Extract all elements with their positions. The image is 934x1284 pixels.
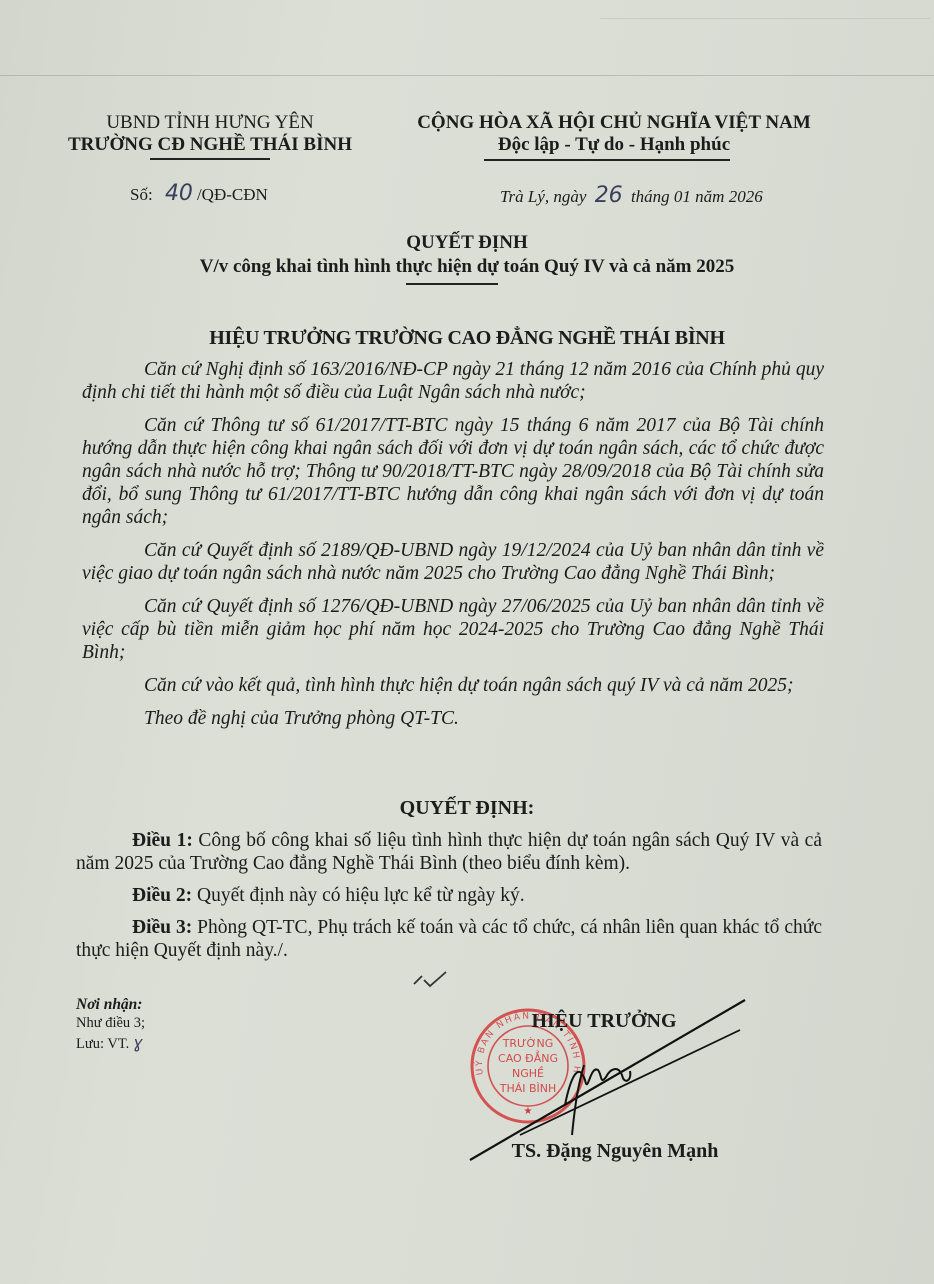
document-number: Số: 40/QĐ-CĐN bbox=[130, 181, 268, 206]
preamble-clause: Căn cứ Quyết định số 1276/QĐ-UBND ngày 2… bbox=[82, 595, 824, 664]
decision-heading: QUYẾT ĐỊNH: bbox=[0, 797, 934, 820]
signer-name: TS. Đặng Nguyên Mạnh bbox=[480, 1140, 750, 1163]
article-label: Điều 3: bbox=[132, 917, 192, 938]
document-title: QUYẾT ĐỊNH bbox=[0, 232, 934, 254]
paper-crease bbox=[600, 18, 930, 19]
preamble-clause: Theo đề nghị của Trưởng phòng QT-TC. bbox=[82, 707, 824, 730]
svg-text:CAO ĐẲNG: CAO ĐẲNG bbox=[498, 1050, 558, 1065]
svg-text:THÁI BÌNH: THÁI BÌNH bbox=[499, 1082, 557, 1095]
article-label: Điều 2: bbox=[132, 885, 192, 906]
document-subtitle: V/v công khai tình hình thực hiện dự toá… bbox=[0, 256, 934, 278]
preamble-clause: Căn cứ Quyết định số 2189/QĐ-UBND ngày 1… bbox=[82, 539, 824, 585]
issuing-organization: TRƯỜNG CĐ NGHỀ THÁI BÌNH bbox=[60, 134, 360, 156]
recipient-item: Lưu: VT. ɣ bbox=[76, 1033, 145, 1054]
header-left-underline bbox=[150, 158, 270, 160]
recipients-heading: Nơi nhận: bbox=[76, 995, 145, 1014]
authority-heading: HIỆU TRƯỞNG TRƯỜNG CAO ĐẲNG NGHỀ THÁI BÌ… bbox=[0, 327, 934, 350]
handwritten-day: 26 bbox=[595, 183, 623, 208]
number-label: Số: bbox=[130, 185, 153, 204]
recipients: Nơi nhận: Như điều 3; Lưu: VT. ɣ bbox=[76, 995, 145, 1054]
article-2: Điều 2: Quyết định này có hiệu lực kể từ… bbox=[76, 884, 822, 907]
header-right-underline bbox=[484, 159, 730, 161]
preamble-clause: Căn cứ Thông tư số 61/2017/TT-BTC ngày 1… bbox=[82, 414, 824, 529]
article-1: Điều 1: Công bố công khai số liệu tình h… bbox=[76, 829, 822, 875]
paper-crease bbox=[0, 75, 934, 76]
svg-text:TRƯỜNG: TRƯỜNG bbox=[502, 1037, 554, 1050]
date-suffix: tháng 01 năm 2026 bbox=[631, 187, 763, 206]
svg-text:★: ★ bbox=[524, 1106, 533, 1117]
initial-mark: ɣ bbox=[133, 1033, 143, 1052]
country-name: CỘNG HÒA XÃ HỘI CHỦ NGHĨA VIỆT NAM bbox=[404, 112, 824, 134]
initial-check-icon bbox=[410, 968, 450, 990]
recipient-item: Như điều 3; bbox=[76, 1014, 145, 1033]
preamble: Căn cứ Nghị định số 163/2016/NĐ-CP ngày … bbox=[82, 358, 824, 740]
national-motto: Độc lập - Tự do - Hạnh phúc bbox=[404, 134, 824, 156]
article-3: Điều 3: Phòng QT-TC, Phụ trách kế toán v… bbox=[76, 916, 822, 962]
article-label: Điều 1: bbox=[132, 830, 193, 851]
articles: Điều 1: Công bố công khai số liệu tình h… bbox=[76, 829, 822, 971]
date-prefix: Trà Lý, ngày bbox=[500, 187, 586, 206]
svg-text:NGHỀ: NGHỀ bbox=[512, 1066, 544, 1080]
signer-title: HIỆU TRƯỞNG bbox=[494, 1010, 714, 1033]
number-suffix: /QĐ-CĐN bbox=[197, 185, 268, 204]
handwritten-number: 40 bbox=[165, 181, 193, 206]
issuing-authority: UBND TỈNH HƯNG YÊN bbox=[60, 112, 360, 134]
preamble-clause: Căn cứ vào kết quả, tình hình thực hiện … bbox=[82, 674, 824, 697]
document-date: Trà Lý, ngày 26 tháng 01 năm 2026 bbox=[500, 183, 763, 208]
article-text: Quyết định này có hiệu lực kể từ ngày ký… bbox=[192, 885, 525, 906]
subtitle-underline bbox=[406, 283, 498, 285]
preamble-clause: Căn cứ Nghị định số 163/2016/NĐ-CP ngày … bbox=[82, 358, 824, 404]
document-page: UBND TỈNH HƯNG YÊN TRƯỜNG CĐ NGHỀ THÁI B… bbox=[0, 0, 934, 1284]
